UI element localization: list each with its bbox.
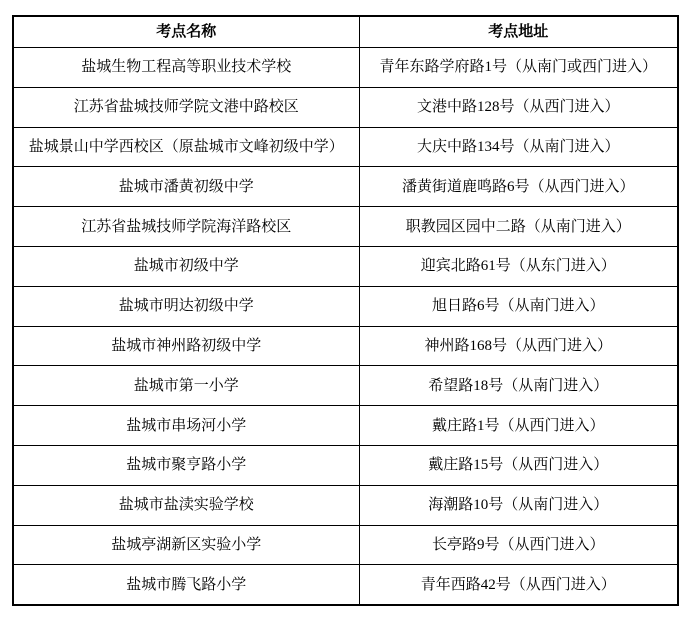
site-address-cell: 潘黄街道鹿鸣路6号（从西门进入）	[359, 167, 678, 207]
site-address-cell: 大庆中路134号（从南门进入）	[359, 127, 678, 167]
table-row: 盐城市第一小学 希望路18号（从南门进入）	[13, 366, 678, 406]
site-name-cell: 盐城市盐渎实验学校	[13, 485, 359, 525]
table-row: 盐城市聚亨路小学 戴庄路15号（从西门进入）	[13, 445, 678, 485]
site-name-cell: 盐城市第一小学	[13, 366, 359, 406]
table-row: 盐城景山中学西校区（原盐城市文峰初级中学） 大庆中路134号（从南门进入）	[13, 127, 678, 167]
table-row: 盐城市神州路初级中学 神州路168号（从西门进入）	[13, 326, 678, 366]
site-name-cell: 盐城亭湖新区实验小学	[13, 525, 359, 565]
table-header-row: 考点名称 考点地址	[13, 16, 678, 48]
site-address-cell: 迎宾北路61号（从东门进入）	[359, 246, 678, 286]
table-row: 盐城生物工程高等职业技术学校 青年东路学府路1号（从南门或西门进入）	[13, 48, 678, 88]
table-row: 江苏省盐城技师学院文港中路校区 文港中路128号（从西门进入）	[13, 87, 678, 127]
site-address-cell: 戴庄路15号（从西门进入）	[359, 445, 678, 485]
site-name-cell: 江苏省盐城技师学院文港中路校区	[13, 87, 359, 127]
table-row: 盐城市腾飞路小学 青年西路42号（从西门进入）	[13, 565, 678, 605]
site-name-cell: 盐城市潘黄初级中学	[13, 167, 359, 207]
site-address-cell: 长亭路9号（从西门进入）	[359, 525, 678, 565]
table-row: 盐城市初级中学 迎宾北路61号（从东门进入）	[13, 246, 678, 286]
site-address-cell: 希望路18号（从南门进入）	[359, 366, 678, 406]
header-site-address: 考点地址	[359, 16, 678, 48]
site-name-cell: 盐城市明达初级中学	[13, 286, 359, 326]
site-address-cell: 旭日路6号（从南门进入）	[359, 286, 678, 326]
site-name-cell: 盐城市聚亨路小学	[13, 445, 359, 485]
exam-sites-table-container: 考点名称 考点地址 盐城生物工程高等职业技术学校 青年东路学府路1号（从南门或西…	[12, 15, 679, 606]
site-address-cell: 青年西路42号（从西门进入）	[359, 565, 678, 605]
table-row: 江苏省盐城技师学院海洋路校区 职教园区园中二路（从南门进入）	[13, 207, 678, 247]
table-row: 盐城市盐渎实验学校 海潮路10号（从南门进入）	[13, 485, 678, 525]
site-name-cell: 盐城市串场河小学	[13, 406, 359, 446]
site-name-cell: 江苏省盐城技师学院海洋路校区	[13, 207, 359, 247]
site-name-cell: 盐城市腾飞路小学	[13, 565, 359, 605]
table-row: 盐城亭湖新区实验小学 长亭路9号（从西门进入）	[13, 525, 678, 565]
site-address-cell: 海潮路10号（从南门进入）	[359, 485, 678, 525]
site-name-cell: 盐城市初级中学	[13, 246, 359, 286]
site-address-cell: 文港中路128号（从西门进入）	[359, 87, 678, 127]
header-site-name: 考点名称	[13, 16, 359, 48]
site-address-cell: 青年东路学府路1号（从南门或西门进入）	[359, 48, 678, 88]
site-name-cell: 盐城生物工程高等职业技术学校	[13, 48, 359, 88]
site-name-cell: 盐城市神州路初级中学	[13, 326, 359, 366]
site-address-cell: 神州路168号（从西门进入）	[359, 326, 678, 366]
exam-sites-table: 考点名称 考点地址 盐城生物工程高等职业技术学校 青年东路学府路1号（从南门或西…	[12, 15, 679, 606]
site-address-cell: 戴庄路1号（从西门进入）	[359, 406, 678, 446]
site-address-cell: 职教园区园中二路（从南门进入）	[359, 207, 678, 247]
table-row: 盐城市潘黄初级中学 潘黄街道鹿鸣路6号（从西门进入）	[13, 167, 678, 207]
table-row: 盐城市明达初级中学 旭日路6号（从南门进入）	[13, 286, 678, 326]
table-row: 盐城市串场河小学 戴庄路1号（从西门进入）	[13, 406, 678, 446]
site-name-cell: 盐城景山中学西校区（原盐城市文峰初级中学）	[13, 127, 359, 167]
